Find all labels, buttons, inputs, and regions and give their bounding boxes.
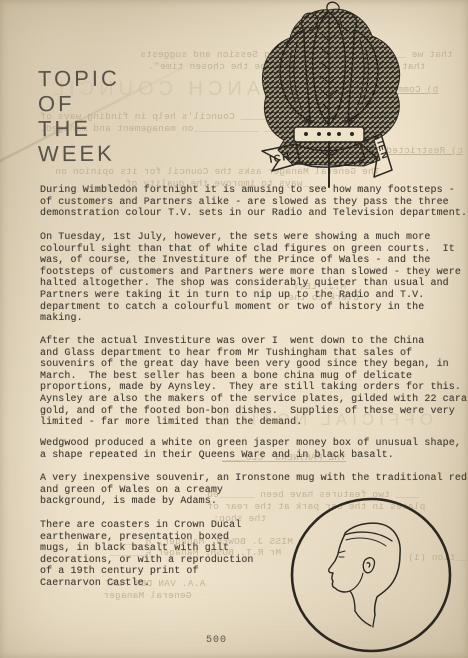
- paragraph-souvenirs: After the actual Investiture was over I …: [40, 336, 468, 429]
- circle-frame: [292, 499, 450, 651]
- page-title-line: OF: [38, 91, 120, 117]
- page-title-line: TOPIC: [38, 66, 120, 92]
- page-title-line: WEEK: [38, 141, 120, 167]
- page-title-line: THE: [38, 116, 120, 142]
- ghost-text-fragment: General Manager: [103, 590, 192, 601]
- scanned-newsletter-page: that we ______ ___-Hour Training Session…: [0, 0, 468, 658]
- paragraph-wimbledon: During Wimbledon fortnight it is amusing…: [40, 185, 467, 220]
- paragraph-investiture: On Tuesday, 1st July, however, the sets …: [40, 232, 461, 325]
- prince-of-wales-feathers-illustration: ICH IEN: [234, 0, 424, 195]
- page-title: TOPIC OF THE WEEK: [38, 66, 120, 166]
- page-number: 500: [206, 635, 227, 647]
- head-profile-illustration: [287, 496, 455, 656]
- motto-text-ich: ICH: [269, 151, 292, 166]
- paragraph-crown-ducal: There are coasters in Crown Ducal earthe…: [40, 520, 254, 590]
- paragraph-wedgwood: Wedgwood produced a white on green jaspe…: [40, 438, 461, 461]
